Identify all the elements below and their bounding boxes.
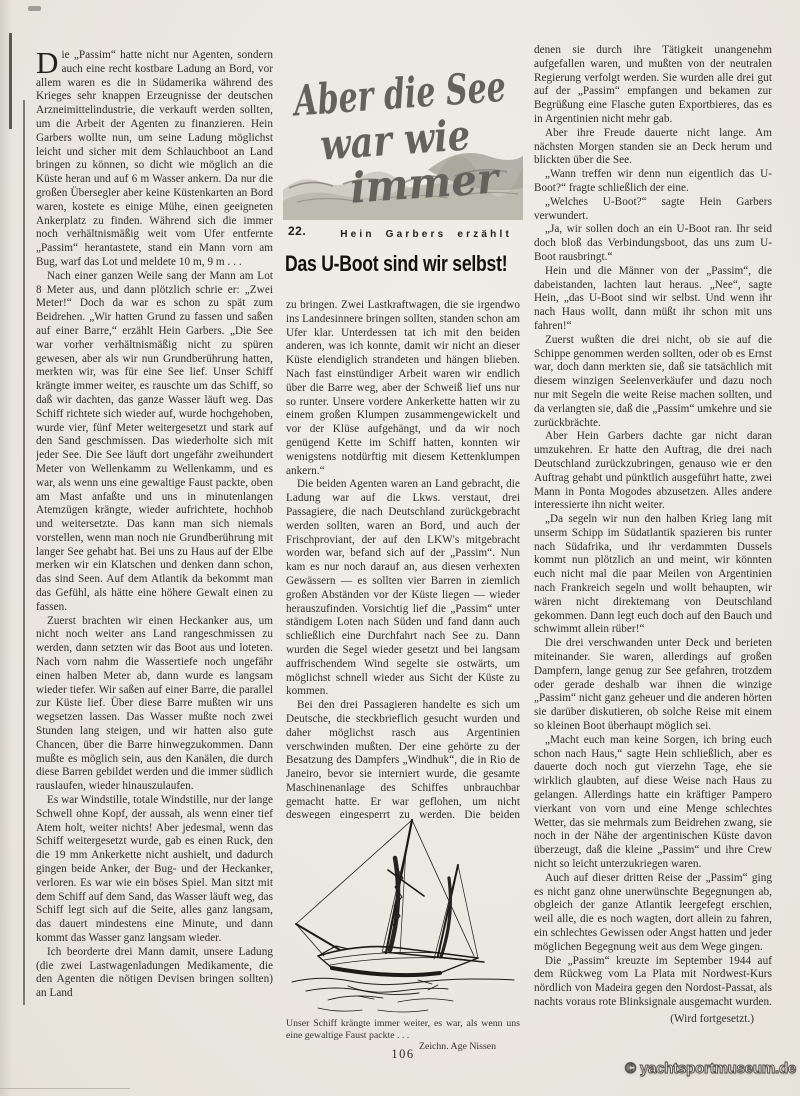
paragraph: „Ja, wir sollen doch an ein U-Boot ran. … [534, 223, 772, 264]
paragraph: Zuerst brachten wir einen Heckanker aus,… [36, 615, 273, 794]
page-number: 106 [286, 1047, 520, 1062]
paragraph: Zuerst wußten die drei nicht, ob sie auf… [534, 334, 772, 431]
watermark: © yachtsportmuseum.de [625, 1060, 796, 1077]
column-right: denen sie durch ihre Tätigkeit unangeneh… [534, 44, 772, 1029]
paragraph: Die beiden Agenten waren an Land gebrach… [286, 478, 520, 699]
paragraph: Auch auf dieser dritten Reise der „Passi… [534, 872, 772, 955]
paragraph: Aber ihre Freude dauerte nicht lange. Am… [534, 127, 772, 168]
series-title-artwork: Aber die See war wie immer [283, 38, 523, 220]
episode-number: 22. [288, 224, 306, 238]
series-title-line3: immer [349, 153, 503, 212]
paragraph: Nach einer ganzen Weile sang der Mann am… [36, 270, 273, 615]
scan-artifact-line [23, 100, 25, 1005]
byline: Hein Garbers erzählt [340, 229, 512, 240]
page-edge-shading [0, 0, 12, 1096]
series-byline-row: 22. Hein Garbers erzählt [288, 224, 518, 240]
paragraph: Ich beorderte drei Mann damit, unsere La… [36, 946, 273, 1001]
closing-note: (Wird fortgesetzt.) [534, 1013, 772, 1027]
column-left: Die „Passim“ hatte nicht nur Agenten, so… [36, 49, 273, 1061]
caption-text: Unser Schiff krängte immer weiter, es wa… [286, 1018, 520, 1041]
magazine-page: Die „Passim“ hatte nicht nur Agenten, so… [0, 0, 800, 1096]
paragraph: Es war Windstille, totale Windstille, nu… [36, 794, 273, 946]
scan-artifact-line [9, 33, 12, 129]
paragraph: Die drei verschwanden unter Deck und ber… [534, 637, 772, 734]
paragraph: zu bringen. Zwei Lastkraftwagen, die sie… [286, 299, 520, 478]
paragraph: Die „Passim“ kreuzte im September 1944 a… [534, 955, 772, 1010]
paragraph: „Macht euch man keine Sorgen, ich bring … [534, 734, 772, 872]
paragraph: Die „Passim“ hatte nicht nur Agenten, so… [36, 49, 273, 270]
paragraph: Bei den drei Passagieren handelte es sic… [286, 699, 520, 819]
paragraph: „Wann treffen wir denn nun eigentlich da… [534, 168, 772, 196]
paragraph: Aber Hein Garbers dachte gar nicht daran… [534, 430, 772, 513]
scan-artifact-speck [28, 6, 41, 11]
paragraph: „Welches U-Boot?“ sagte Hein Garbers ver… [534, 196, 772, 224]
article-headline: Das U-Boot sind wir selbst! [285, 251, 507, 277]
paragraph: „Da segeln wir nun den halben Krieg lang… [534, 513, 772, 637]
scan-artifact-line [0, 1088, 130, 1089]
sailboat-illustration [288, 810, 518, 1016]
paragraph: denen sie durch ihre Tätigkeit unangeneh… [534, 44, 772, 127]
column-middle: zu bringen. Zwei Lastkraftwagen, die sie… [286, 299, 520, 819]
paragraph: Hein und die Männer von der „Passim“, di… [534, 265, 772, 334]
